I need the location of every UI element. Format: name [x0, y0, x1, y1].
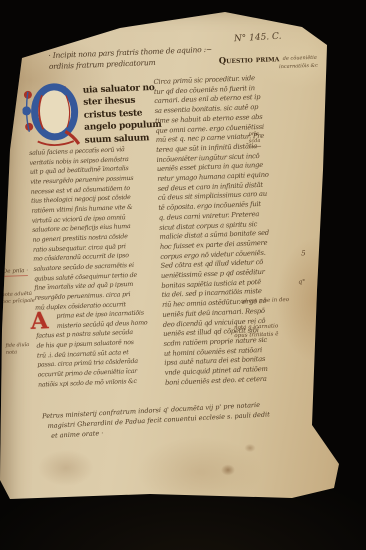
question-heading: Questio prima: [219, 54, 280, 66]
marginal-quaestio-mark: q°: [298, 278, 305, 285]
manuscript-page: · Incipit nona pars fratris thome de aqu…: [0, 0, 366, 550]
illuminated-initial-q: Q: [22, 82, 82, 150]
marginal-note-left-3: fide diuīa nota: [5, 342, 29, 357]
manuscript-content: · Incipit nona pars fratris thome de aqu…: [0, 0, 366, 550]
question-heading-sub1: de cōueniētia: [283, 55, 317, 62]
marginal-note-line: De pnīa ·: [3, 268, 29, 275]
header-title-line1: · Incipit nona pars fratris thome de aqu…: [48, 45, 212, 60]
text-column-left: saluū faciens a peccatīs eorū viāveritat…: [29, 144, 158, 390]
photograph-backdrop: · Incipit nona pars fratris thome de aqu…: [0, 0, 366, 550]
shelfmark: N° 145. C.: [234, 32, 282, 45]
marginal-note-line: hoc prīcipale: [2, 298, 35, 306]
marginal-note-line: nota: [6, 349, 30, 357]
marginal-note-line: scda: [249, 138, 261, 145]
initial-q-flourishes: [22, 82, 82, 150]
marginal-note-left-2: nota aduētū hoc prīcipale: [1, 291, 34, 306]
marginal-note-right-1: prīa scda: [248, 131, 260, 147]
marginal-note-left-1: De pnīa ·: [3, 268, 29, 277]
marginal-note-line: fide diuīa: [5, 342, 29, 350]
opening-lines: uia saluator noster ihesuscristus testea…: [83, 82, 157, 147]
question-heading-sub2: incarnatiōis &c: [279, 63, 318, 70]
header-title-line2: ordinis fratrum predicatorum: [49, 58, 156, 71]
marginal-note-right-5: nota q icarnatio opus trinitatis ē: [234, 323, 279, 340]
marginal-numeral: 5: [301, 249, 306, 257]
text-column-right: Circa primū sic proceditur. videtur qd d…: [153, 72, 317, 388]
ownership-inscription: Petrus ministerij confratrum indorsi q' …: [42, 398, 293, 441]
